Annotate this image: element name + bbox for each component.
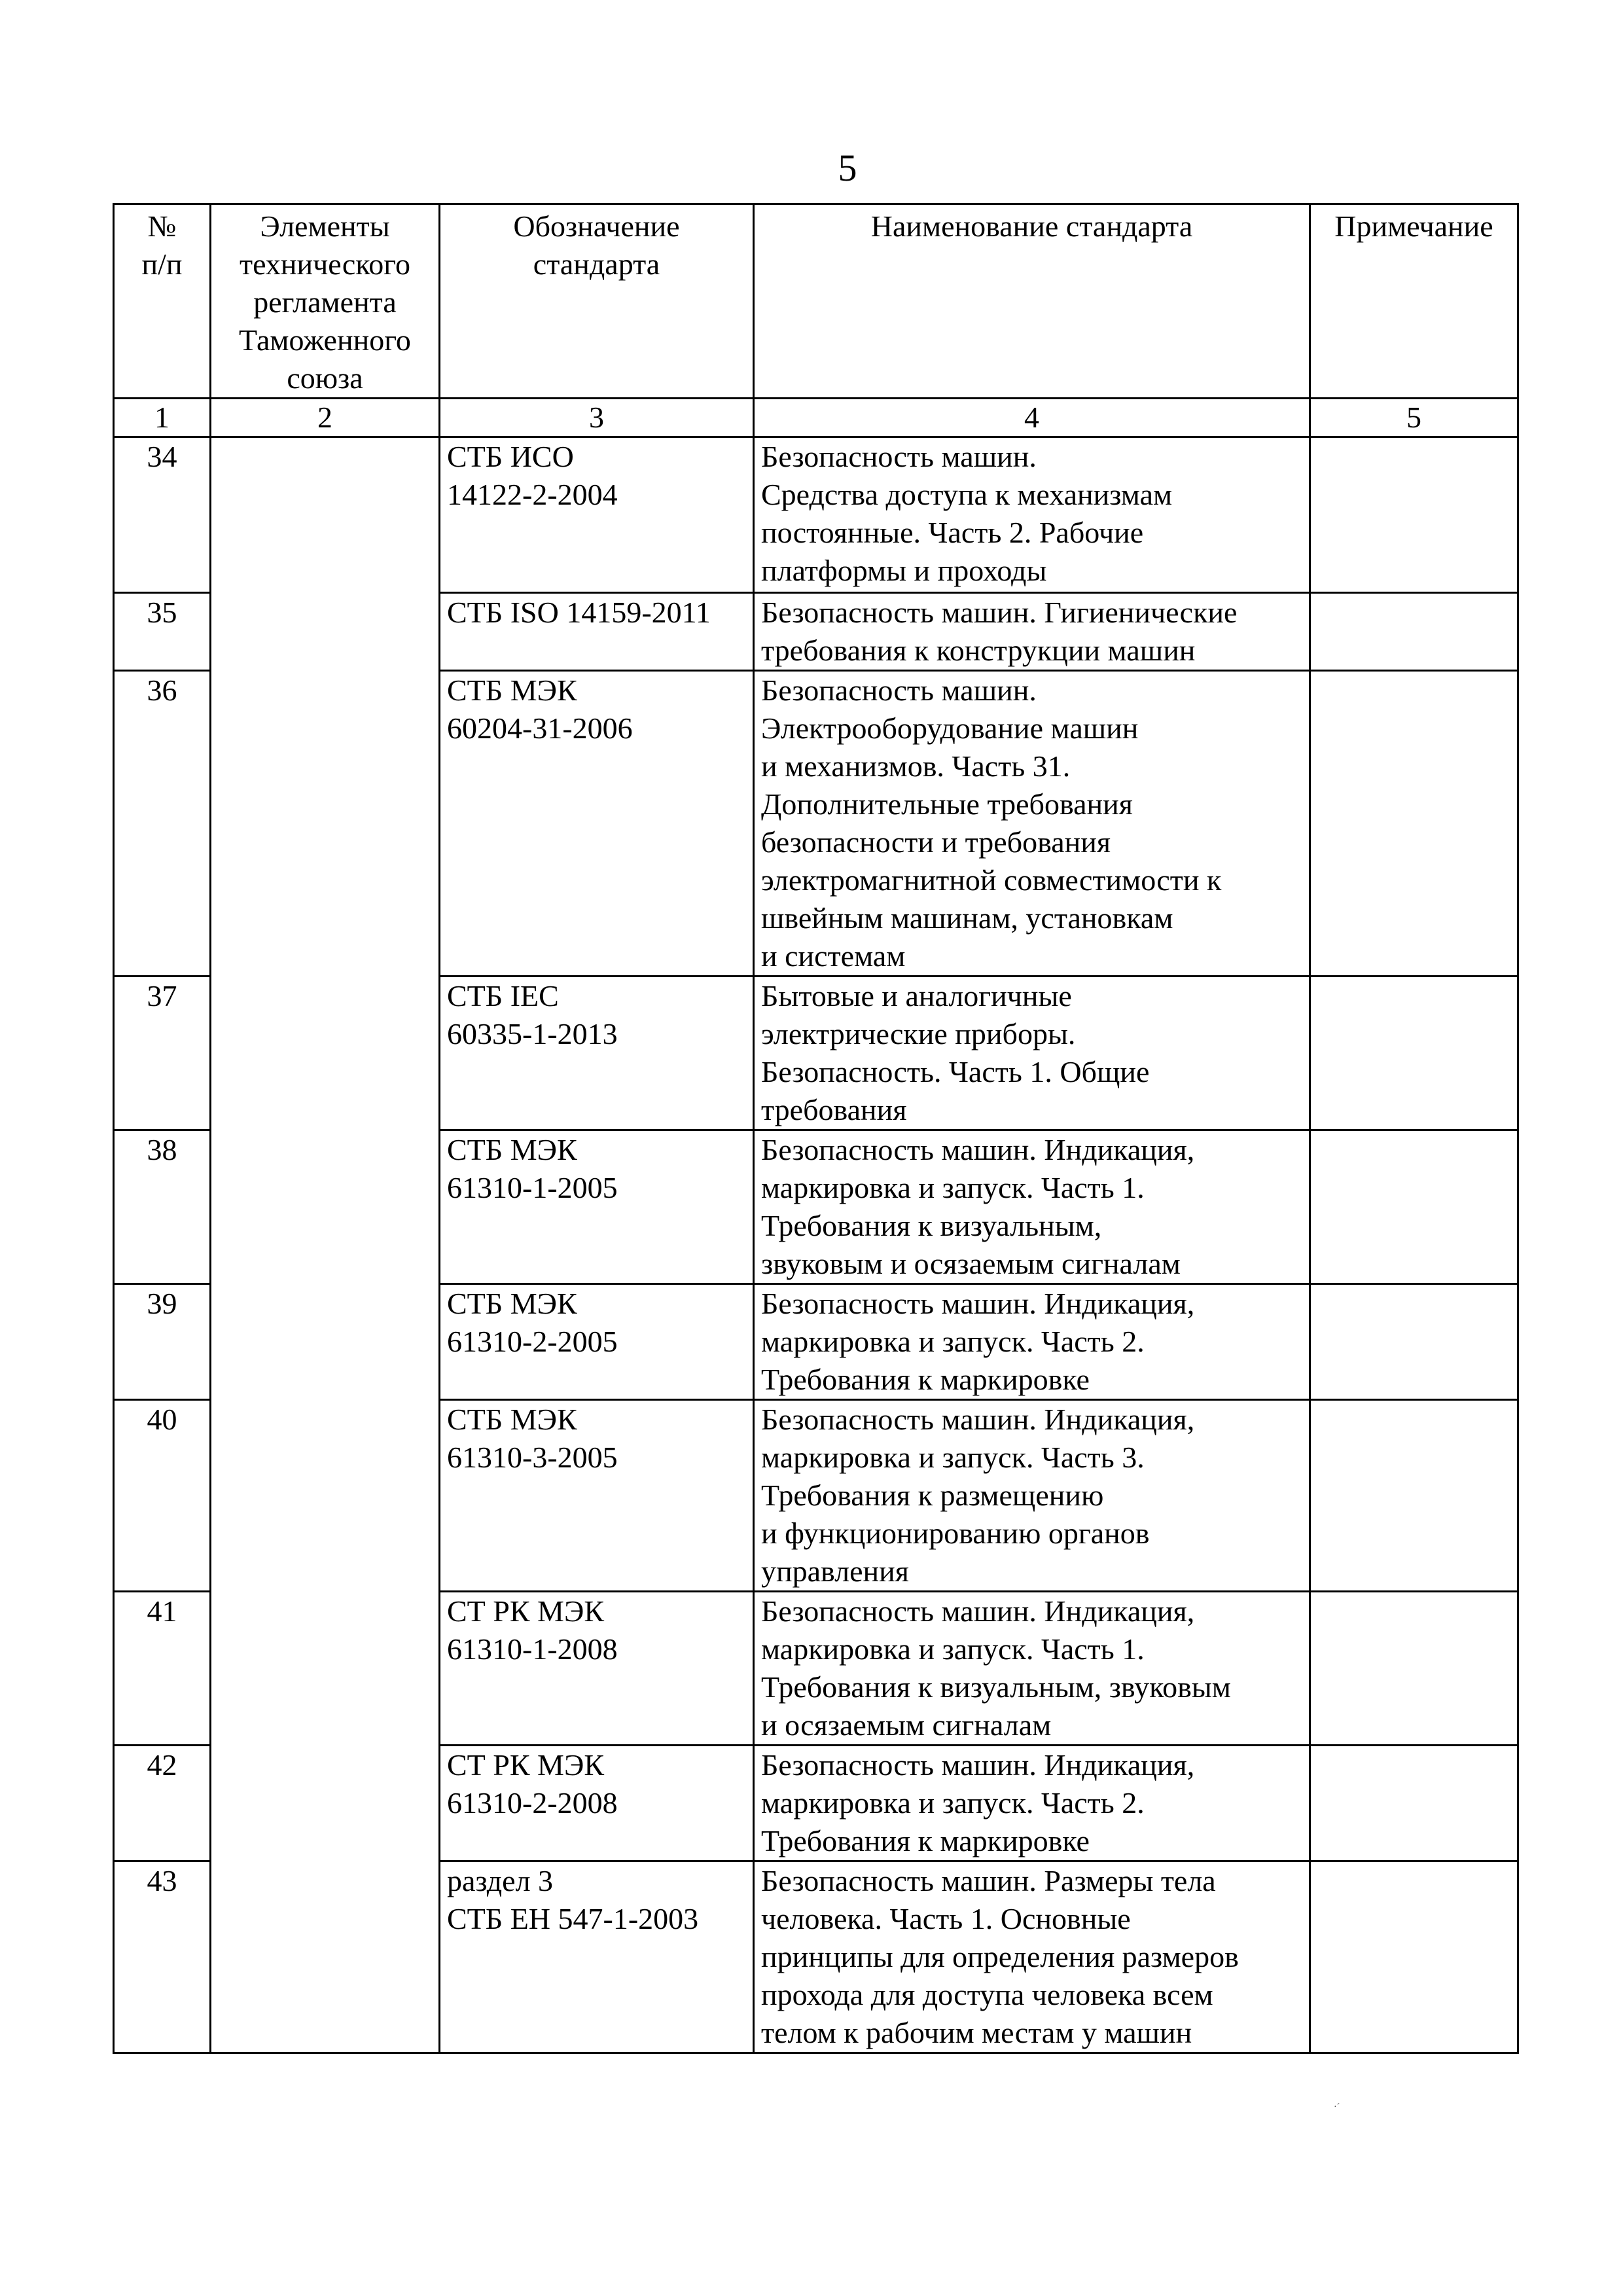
row-standard-name: Безопасность машин. Индикация, маркировк… (754, 1400, 1310, 1592)
row-note (1310, 1284, 1518, 1400)
row-element (211, 671, 440, 977)
column-index-row: 1 2 3 4 5 (114, 399, 1518, 437)
table-row: 43раздел 3 СТБ ЕН 547-1-2003Безопасность… (114, 1861, 1518, 2053)
row-number: 37 (114, 977, 211, 1130)
row-note (1310, 437, 1518, 593)
table-row: 35СТБ ISO 14159-2011Безопасность машин. … (114, 593, 1518, 671)
row-standard-code: СТБ IEC 60335-1-2013 (440, 977, 754, 1130)
column-index: 1 (114, 399, 211, 437)
table-row: 40СТБ МЭК 61310-3-2005Безопасность машин… (114, 1400, 1518, 1592)
table-row: 34СТБ ИСО 14122-2-2004Безопасность машин… (114, 437, 1518, 593)
table-header-row: № п/п Элементы технического регламента Т… (114, 204, 1518, 399)
row-element (211, 1284, 440, 1400)
row-number: 42 (114, 1746, 211, 1861)
standards-table: № п/п Элементы технического регламента Т… (113, 203, 1519, 2054)
row-number: 36 (114, 671, 211, 977)
row-standard-name: Безопасность машин. Средства доступа к м… (754, 437, 1310, 593)
row-element (211, 437, 440, 593)
table-row: 36СТБ МЭК 60204-31-2006Безопасность маши… (114, 671, 1518, 977)
row-element (211, 977, 440, 1130)
row-note (1310, 977, 1518, 1130)
header-standard-code: Обозначение стандарта (440, 204, 754, 399)
row-standard-code: СТБ МЭК 61310-2-2005 (440, 1284, 754, 1400)
row-note (1310, 1861, 1518, 2053)
column-index: 3 (440, 399, 754, 437)
row-standard-code: СТБ ISO 14159-2011 (440, 593, 754, 671)
row-note (1310, 671, 1518, 977)
row-note (1310, 593, 1518, 671)
row-standard-code: СТБ ИСО 14122-2-2004 (440, 437, 754, 593)
row-element (211, 1130, 440, 1284)
row-standard-name: Бытовые и аналогичные электрические приб… (754, 977, 1310, 1130)
row-standard-code: СТБ МЭК 61310-3-2005 (440, 1400, 754, 1592)
row-element (211, 1400, 440, 1592)
row-number: 40 (114, 1400, 211, 1592)
row-standard-code: СТБ МЭК 61310-1-2005 (440, 1130, 754, 1284)
row-number: 41 (114, 1592, 211, 1746)
table-row: 39СТБ МЭК 61310-2-2005Безопасность машин… (114, 1284, 1518, 1400)
row-number: 38 (114, 1130, 211, 1284)
row-standard-name: Безопасность машин. Электрооборудование … (754, 671, 1310, 977)
page-number: 5 (0, 145, 1623, 191)
row-standard-name: Безопасность машин. Индикация, маркировк… (754, 1284, 1310, 1400)
row-note (1310, 1400, 1518, 1592)
row-standard-name: Безопасность машин. Индикация, маркировк… (754, 1130, 1310, 1284)
table-row: 37СТБ IEC 60335-1-2013Бытовые и аналогич… (114, 977, 1518, 1130)
row-number: 43 (114, 1861, 211, 2053)
row-standard-code: СТБ МЭК 60204-31-2006 (440, 671, 754, 977)
header-standard-name: Наименование стандарта (754, 204, 1310, 399)
scan-artifact: ·´ (1334, 2102, 1340, 2113)
row-standard-name: Безопасность машин. Индикация, маркировк… (754, 1746, 1310, 1861)
row-element (211, 593, 440, 671)
row-number: 34 (114, 437, 211, 593)
row-standard-name: Безопасность машин. Гигиенические требов… (754, 593, 1310, 671)
row-note (1310, 1130, 1518, 1284)
table-row: 41СТ РК МЭК 61310-1-2008Безопасность маш… (114, 1592, 1518, 1746)
row-element (211, 1746, 440, 1861)
table-row: 42СТ РК МЭК 61310-2-2008Безопасность маш… (114, 1746, 1518, 1861)
table-row: 38СТБ МЭК 61310-1-2005Безопасность машин… (114, 1130, 1518, 1284)
row-number: 39 (114, 1284, 211, 1400)
row-element (211, 1861, 440, 2053)
row-element (211, 1592, 440, 1746)
row-standard-name: Безопасность машин. Размеры тела человек… (754, 1861, 1310, 2053)
row-standard-code: СТ РК МЭК 61310-2-2008 (440, 1746, 754, 1861)
header-elements: Элементы технического регламента Таможен… (211, 204, 440, 399)
row-note (1310, 1746, 1518, 1861)
row-number: 35 (114, 593, 211, 671)
table-body: 34СТБ ИСО 14122-2-2004Безопасность машин… (114, 437, 1518, 2053)
column-index: 4 (754, 399, 1310, 437)
header-number: № п/п (114, 204, 211, 399)
row-note (1310, 1592, 1518, 1746)
row-standard-name: Безопасность машин. Индикация, маркировк… (754, 1592, 1310, 1746)
column-index: 5 (1310, 399, 1518, 437)
header-note: Примечание (1310, 204, 1518, 399)
column-index: 2 (211, 399, 440, 437)
row-standard-code: СТ РК МЭК 61310-1-2008 (440, 1592, 754, 1746)
row-standard-code: раздел 3 СТБ ЕН 547-1-2003 (440, 1861, 754, 2053)
